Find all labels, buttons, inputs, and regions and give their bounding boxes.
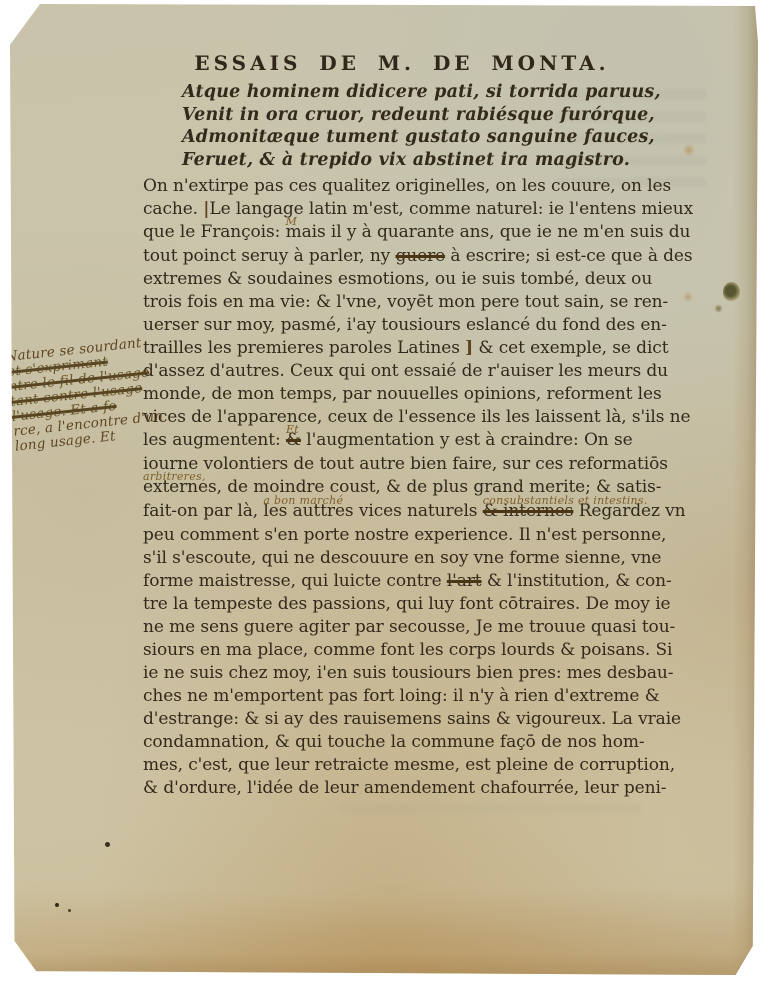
- struck-text: l'art: [447, 571, 482, 591]
- printed-line: condamnation, & qui touche la commune fa…: [143, 731, 693, 754]
- printed-line: s'il s'escoute, qui ne descouure en soy …: [143, 547, 693, 570]
- body-text: On n'extirpe pas ces qualitez originelle…: [143, 175, 693, 800]
- printed-text: trailles les premieres paroles Latines: [143, 338, 465, 358]
- printed-text: vices de l'apparence, ceux de l'essence …: [143, 407, 690, 427]
- printed-text: ne me sens guere agiter par secousse, Je…: [143, 617, 675, 637]
- printed-line: d'estrange: & si ay des rauisemens sains…: [143, 708, 693, 731]
- foxing-stain: [682, 144, 696, 156]
- printed-text: s'il s'escoute, qui ne descouure en soy …: [143, 548, 661, 568]
- printed-line: les augmentent: Et& l'augmentation y est…: [143, 429, 693, 453]
- printed-line: extremes & soudaines esmotions, ou ie su…: [143, 268, 693, 291]
- verse-line: Feruet, & à trepido vix abstinet ira mag…: [182, 149, 661, 172]
- printed-text: mais il y à quarante ans, que ie ne m'en…: [286, 222, 691, 242]
- bleed-through-text: [340, 804, 640, 820]
- printed-text: d'estrange: & si ay des rauisemens sains…: [143, 709, 681, 729]
- printed-text: siours en ma place, comme font les corps…: [143, 640, 672, 660]
- book-page: ESSAIS DE M. DE MONTA. Atque hominem did…: [10, 4, 758, 975]
- ink-stain: [714, 304, 723, 313]
- page-edge: [732, 4, 758, 975]
- printed-line: vices de l'apparence, ceux de l'essence …: [143, 406, 693, 429]
- printed-text: extremes & soudaines esmotions, ou ie su…: [143, 269, 652, 289]
- printed-line: monde, de mon temps, par nouuelles opini…: [143, 383, 693, 406]
- printed-line: d'assez d'autres. Ceux qui ont essaié de…: [143, 360, 693, 383]
- paper-speck: [68, 909, 71, 912]
- printed-text: tre la tempeste des passions, qui luy fo…: [143, 594, 671, 614]
- printed-text: d'assez d'autres. Ceux qui ont essaié de…: [143, 361, 668, 381]
- printed-text: peu comment s'en porte nostre experience…: [143, 525, 666, 545]
- printed-line: iourne volontiers de tout autre bien fai…: [143, 453, 693, 476]
- printed-text: On n'extirpe pas ces qualitez originelle…: [143, 176, 671, 196]
- printed-text: ches ne m'emportent pas fort loing: il n…: [143, 686, 660, 706]
- printed-text: cache.: [143, 199, 203, 219]
- printed-line: cache. |Le langage latin m'est, comme na…: [143, 198, 693, 221]
- printed-line: tout poinct seruy à parler, ny guere à e…: [143, 245, 693, 268]
- printed-text: mes, c'est, que leur retraicte mesme, es…: [143, 755, 675, 775]
- printed-line: que le François: Mmais il y à quarante a…: [143, 221, 693, 245]
- printed-text: à escrire; si est-ce que à des: [445, 246, 692, 266]
- running-header: ESSAIS DE M. DE MONTA.: [138, 51, 666, 75]
- paper-speck: [105, 842, 110, 847]
- printed-text: Le langage latin m'est, comme naturel: i…: [209, 199, 693, 219]
- printed-line: peu comment s'en porte nostre experience…: [143, 524, 693, 547]
- margin-annotation: Nature se sourdantet s'exprimantntre le …: [5, 334, 167, 454]
- printed-line: ie ne suis chez moy, i'en suis tousiours…: [143, 662, 693, 685]
- printed-line: ches ne m'emportent pas fort loing: il n…: [143, 685, 693, 708]
- printed-line: tre la tempeste des passions, qui luy fo…: [143, 593, 693, 616]
- printed-text: uerser sur moy, pasmé, i'ay tousiours es…: [143, 315, 667, 335]
- printed-line: forme maistresse, qui luicte contre l'ar…: [143, 570, 693, 593]
- printed-text: monde, de mon temps, par nouuelles opini…: [143, 384, 662, 404]
- scan-background: { "page": { "header": "ESSAIS DE M. DE M…: [0, 0, 768, 983]
- latin-verse: Atque hominem didicere pati, si torrida …: [182, 81, 661, 171]
- printed-line: fait-on par là, a bon marchéles auttres …: [143, 500, 693, 524]
- printed-line: On n'extirpe pas ces qualitez originelle…: [143, 175, 693, 198]
- printed-line: uerser sur moy, pasmé, i'ay tousiours es…: [143, 314, 693, 337]
- printed-line: & d'ordure, l'idée de leur amendement ch…: [143, 777, 693, 800]
- printed-text: trois fois en ma vie: & l'vne, voyēt mon…: [143, 292, 668, 312]
- printed-text: ie ne suis chez moy, i'en suis tousiours…: [143, 663, 673, 683]
- page-edge: [10, 953, 758, 975]
- printed-line: trois fois en ma vie: & l'vne, voyēt mon…: [143, 291, 693, 314]
- printed-line: siours en ma place, comme font les corps…: [143, 639, 693, 662]
- printed-text: l'augmentation y est à craindre: On se: [301, 430, 633, 450]
- printed-text: forme maistresse, qui luicte contre: [143, 571, 447, 591]
- verse-line: Admonitæque tument gustato sanguine fauc…: [182, 126, 661, 149]
- paper-speck: [55, 903, 59, 907]
- printed-text: tout poinct seruy à parler, ny: [143, 246, 395, 266]
- printed-line: mes, c'est, que leur retraicte mesme, es…: [143, 754, 693, 777]
- printed-text: que le François:: [143, 222, 286, 242]
- printed-text: & cet exemple, se dict: [473, 338, 668, 358]
- insertion-mark: ]: [465, 338, 473, 358]
- printed-text: condamnation, & qui touche la commune fa…: [143, 732, 645, 752]
- verse-line: Venit in ora cruor, redeunt rabiésque fu…: [182, 104, 661, 127]
- printed-text: fait-on par là,: [143, 501, 263, 521]
- verse-line: Atque hominem didicere pati, si torrida …: [182, 81, 661, 104]
- printed-line: ne me sens guere agiter par secousse, Je…: [143, 616, 693, 639]
- foxing-stain: [682, 292, 694, 302]
- printed-text: & l'institution, & con-: [482, 571, 672, 591]
- printed-text: iourne volontiers de tout autre bien fai…: [143, 454, 668, 474]
- printed-line: trailles les premieres paroles Latines ]…: [143, 337, 693, 360]
- printed-text: & d'ordure, l'idée de leur amendement ch…: [143, 778, 666, 798]
- struck-text: guere: [395, 246, 445, 266]
